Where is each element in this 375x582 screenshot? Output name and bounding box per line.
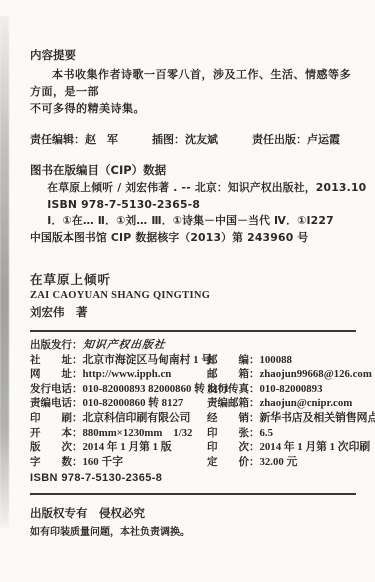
pub-row-phone: 发行电话：010-82000893 82000860 转 8101 发行传真：0…: [30, 382, 356, 397]
pub-label: 定 价：: [207, 455, 260, 470]
pub-label: 经 销：: [207, 411, 260, 426]
pub-label: 字 数：: [30, 455, 83, 470]
pub-value: 010-82000893: [260, 382, 323, 397]
editor-value: 沈友斌: [185, 133, 218, 146]
editor-value: 赵 军: [85, 133, 118, 146]
page-content: 内容提要 本书收集作者诗歌一百零八首，涉及工作、生活、情感等多方面，是一部 不可…: [30, 48, 356, 540]
pub-label: 责编电话：: [30, 396, 83, 411]
pub-label: 责编邮箱：: [207, 396, 260, 411]
divider-rule-top: [30, 330, 356, 332]
pub-value: 北京科信印刷有限公司: [83, 411, 191, 426]
pub-label: 印 张：: [207, 426, 260, 441]
pub-row-printer: 印 刷：北京科信印刷有限公司 经 销：新华书店及相关销售网点: [30, 411, 356, 426]
pub-label: 发行传真：: [207, 382, 260, 397]
pub-value: zhaojun99668@126.com: [260, 367, 372, 382]
editor-pair-responsible-publisher: 责任出版：卢运霞: [252, 131, 340, 147]
divider-rule-bottom: [30, 493, 356, 495]
pub-value: 32.00 元: [260, 455, 298, 470]
pub-label: 社 址：: [30, 353, 83, 368]
pub-label: 印 次：: [207, 440, 260, 455]
editor-label: 责任出版：: [252, 133, 307, 146]
cip-line-title: 在草原上倾听 / 刘宏伟著 . -- 北京：知识产权出版社，2013.10: [30, 180, 356, 197]
pub-label: 网 址：: [30, 367, 83, 382]
pub-value: 010-82000860 转 8127: [83, 396, 184, 411]
cip-line-classification: Ⅰ．①在… Ⅱ．①刘… Ⅲ．①诗集－中国－当代 Ⅳ．①I227: [30, 213, 356, 230]
scan-binding-shadow: [0, 16, 9, 528]
pub-row-publisher: 出版发行： 知识产权出版社: [30, 338, 356, 353]
summary-line-1: 本书收集作者诗歌一百零八首，涉及工作、生活、情感等多方面，是一部: [30, 66, 356, 100]
copyright-page: 内容提要 本书收集作者诗歌一百零八首，涉及工作、生活、情感等多方面，是一部 不可…: [0, 0, 375, 582]
pub-label: 开 本：: [30, 426, 83, 441]
isbn-line: ISBN 978-7-5130-2365-8: [30, 471, 356, 486]
pub-value: 2014 年 1 月第 1 次印刷: [260, 440, 371, 455]
pub-value: 100088: [260, 353, 292, 368]
pub-row-wordcount: 字 数：160 千字 定 价：32.00 元: [30, 455, 356, 470]
pub-label: 发行电话：: [30, 382, 83, 397]
pub-value: 新华书店及相关销售网点: [260, 411, 375, 426]
pub-value: 880mm×1230mm 1/32: [83, 426, 193, 441]
editor-pair-responsible-editor: 责任编辑：赵 军: [30, 131, 118, 147]
book-title-pinyin: ZAI CAOYUAN SHANG QINGTING: [30, 288, 356, 304]
pub-value: zhaojun@cnipr.com: [260, 396, 353, 411]
editor-pair-illustrator: 插图：沈友斌: [152, 131, 218, 147]
pub-label: 邮 编：: [207, 353, 260, 368]
pub-value: 6.5: [260, 426, 274, 441]
cip-block: 在草原上倾听 / 刘宏伟著 . -- 北京：知识产权出版社，2013.10 IS…: [30, 180, 356, 246]
pub-label: 印 刷：: [30, 411, 83, 426]
pub-label: 邮 箱：: [207, 367, 260, 382]
pub-row-website: 网 址：http://www.ipph.cn 邮 箱：zhaojun99668@…: [30, 367, 356, 382]
pub-row-editor-phone: 责编电话：010-82000860 转 8127 责编邮箱：zhaojun@cn…: [30, 396, 356, 411]
pub-label: 版 次：: [30, 440, 83, 455]
editor-label: 责任编辑：: [30, 133, 85, 146]
publisher-logo-text: 知识产权出版社: [82, 338, 166, 353]
summary-line-2: 不可多得的精美诗集。: [30, 100, 356, 117]
book-author: 刘宏伟 著: [30, 304, 356, 320]
editor-label: 插图：: [152, 133, 185, 146]
cip-line-isbn: ISBN 978-7-5130-2365-8: [30, 197, 356, 214]
publication-info-table: 出版发行： 知识产权出版社 社 址：北京市海淀区马甸南村 1 号 邮 编：100…: [30, 338, 356, 486]
summary-heading: 内容提要: [30, 48, 356, 63]
cip-heading: 图书在版编目（CIP）数据: [30, 163, 356, 178]
pub-value: 160 千字: [83, 455, 124, 470]
pub-value: 2014 年 1 月第 1 版: [83, 440, 172, 455]
editors-row: 责任编辑：赵 军 插图：沈友斌 责任出版：卢运霞: [30, 131, 356, 147]
pub-row-address: 社 址：北京市海淀区马甸南村 1 号 邮 编：100088: [30, 353, 356, 368]
pub-value: http://www.ipph.cn: [83, 367, 172, 382]
title-block: 在草原上倾听 ZAI CAOYUAN SHANG QINGTING 刘宏伟 著: [30, 272, 356, 320]
quality-exchange-notice: 如有印装质量问题，本社负责调换。: [30, 525, 356, 540]
pub-row-format: 开 本：880mm×1230mm 1/32 印 张：6.5: [30, 426, 356, 441]
pub-row-edition: 版 次：2014 年 1 月第 1 版 印 次：2014 年 1 月第 1 次印…: [30, 440, 356, 455]
editor-value: 卢运霞: [307, 133, 340, 146]
book-title: 在草原上倾听: [30, 272, 356, 288]
copyright-rights-notice: 出版权专有 侵权必究: [30, 506, 356, 521]
pub-value: 北京市海淀区马甸南村 1 号: [83, 353, 213, 368]
cip-line-registry: 中国版本图书馆 CIP 数据核字（2013）第 243960 号: [30, 230, 356, 247]
pub-label: 出版发行：: [30, 338, 83, 353]
